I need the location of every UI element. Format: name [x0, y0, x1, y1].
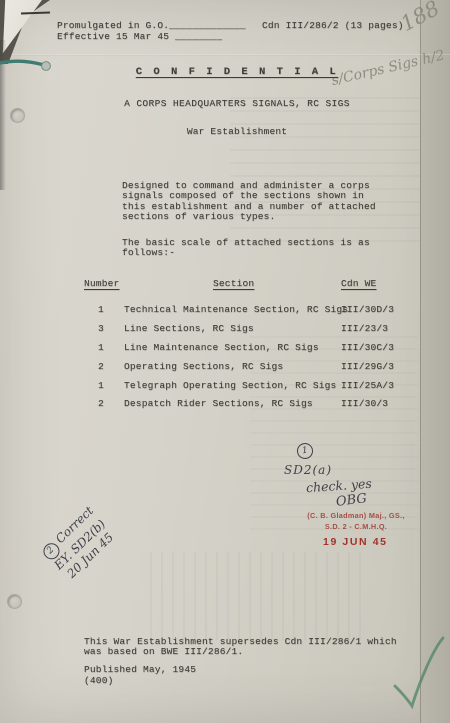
row-section: Despatch Rider Sections, RC Sigs — [124, 398, 341, 409]
document-page: Promulgated in G.O._____________ Effecti… — [0, 0, 450, 723]
row-cdn-we: III/23/3 — [341, 323, 388, 334]
table-row: 1 Technical Maintenance Section, RC Sigs… — [0, 304, 450, 323]
punch-hole — [7, 594, 22, 609]
left-margin-note: 2 Correct EY. SD2(b) 20 Jun 45 — [16, 482, 143, 606]
row-cdn-we: III/29G/3 — [341, 361, 394, 372]
row-number: 1 — [84, 342, 118, 353]
pen-dash-mark — [21, 11, 50, 14]
date-stamp: 19 JUN 45 — [323, 536, 388, 548]
circled-note-number: 1 — [296, 442, 314, 460]
checkmark-icon — [386, 634, 446, 719]
supersedes-paragraph: This War Establishment supersedes Cdn II… — [84, 637, 404, 658]
initials-note: OBG — [335, 491, 367, 510]
row-number: 1 — [84, 380, 118, 391]
row-cdn-we: III/30D/3 — [341, 304, 394, 315]
row-section: Operating Sections, RC Sigs — [124, 361, 341, 372]
bleed-through-texture — [150, 552, 365, 640]
row-number: 2 — [84, 398, 118, 409]
officer-stamp-name: (C. B. Gladman) Maj., GS., — [296, 511, 416, 520]
copies-count: (400) — [84, 675, 114, 686]
table-row: 2 Despatch Rider Sections, RC Sigs III/3… — [0, 398, 450, 417]
row-cdn-we: III/30C/3 — [341, 342, 394, 353]
row-section: Line Maintenance Section, RC Sigs — [124, 342, 341, 353]
row-cdn-we: III/25A/3 — [341, 380, 394, 391]
table-row: 1 Telegraph Operating Section, RC Sigs I… — [0, 380, 450, 399]
document-title: A CORPS HEADQUARTERS SIGNALS, RC SIGS — [12, 98, 450, 109]
effective-date-line: Effective 15 Mar 45 ________ — [57, 31, 222, 42]
row-number: 1 — [84, 304, 118, 315]
table-row: 3 Line Sections, RC Sigs III/23/3 — [0, 323, 450, 342]
row-number: 3 — [84, 323, 118, 334]
row-section: Telegraph Operating Section, RC Sigs — [124, 380, 341, 391]
punch-hole — [10, 108, 25, 123]
table-row: 1 Line Maintenance Section, RC Sigs III/… — [0, 342, 450, 361]
published-line: Published May, 1945 — [84, 664, 196, 675]
classification-heading: C O N F I D E N T I A L — [12, 66, 450, 78]
row-number: 2 — [84, 361, 118, 372]
row-section: Line Sections, RC Sigs — [124, 323, 341, 334]
reference-number: Cdn III/286/2 (13 pages) — [262, 20, 404, 31]
column-header-cdn-we: Cdn WE — [341, 278, 376, 289]
table-row: 2 Operating Sections, RC Sigs III/29G/3 — [0, 361, 450, 380]
officer-stamp-office: S.D. 2 - C.M.H.Q. — [296, 522, 416, 531]
column-header-section: Section — [213, 278, 254, 289]
promulgated-line: Promulgated in G.O._____________ — [57, 20, 246, 31]
row-section: Technical Maintenance Section, RC Sigs — [124, 304, 341, 315]
scale-intro-paragraph: The basic scale of attached sections is … — [122, 238, 382, 259]
purpose-paragraph: Designed to command and administer a cor… — [122, 181, 382, 223]
column-header-number: Number — [84, 278, 119, 289]
row-cdn-we: III/30/3 — [341, 398, 388, 409]
document-subtitle: War Establishment — [12, 126, 450, 137]
sections-table: 1 Technical Maintenance Section, RC Sigs… — [0, 304, 450, 417]
sd2a-note: SD2(a) — [284, 463, 332, 477]
